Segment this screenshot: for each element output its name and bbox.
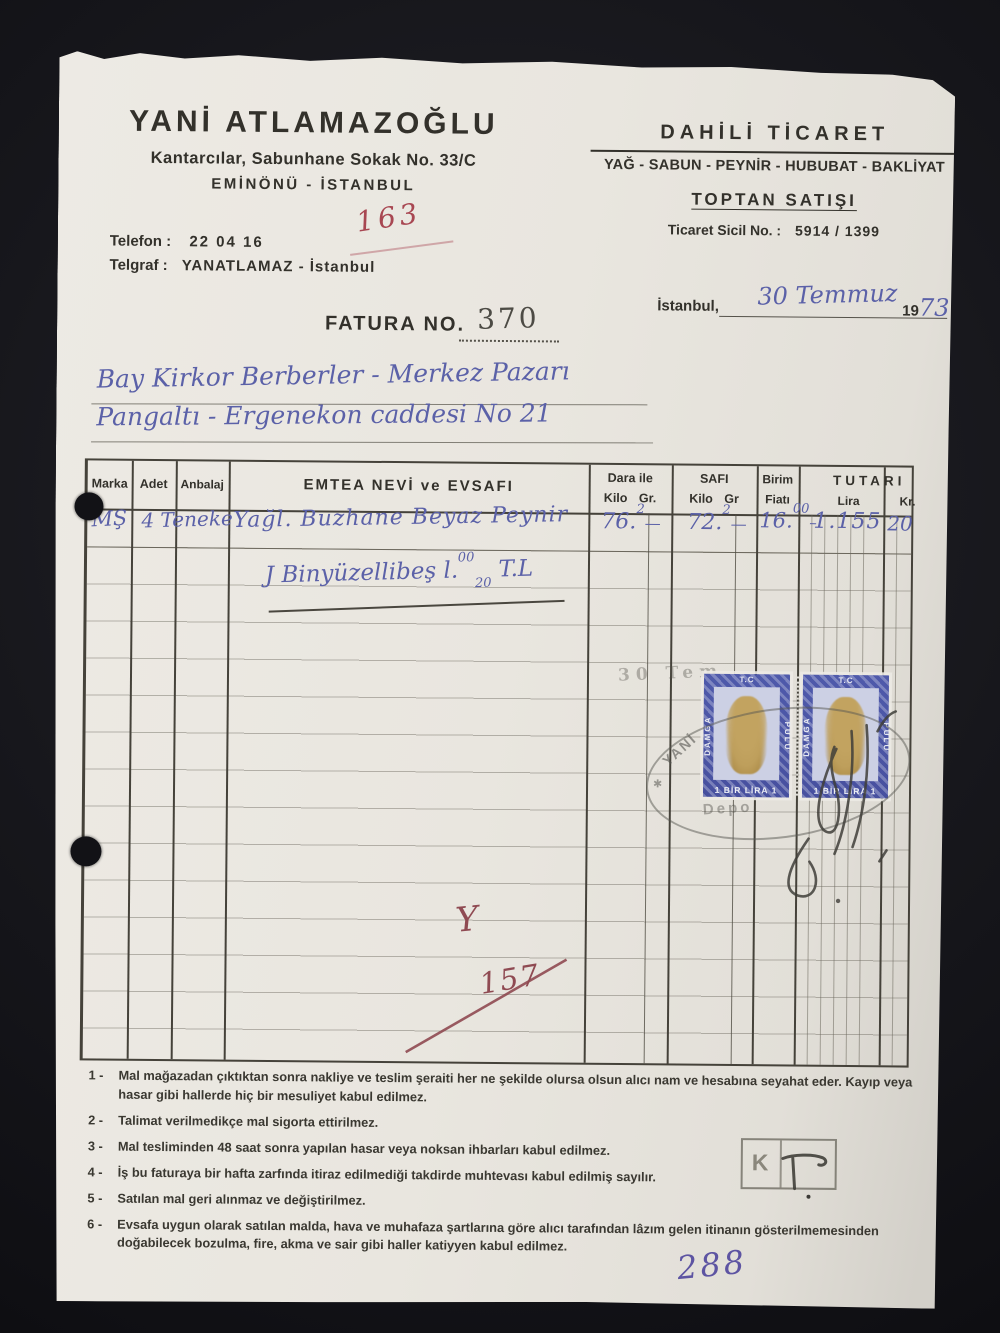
row-tutari-lira: 1.155 <box>813 509 881 535</box>
seller-address-line1: Kantarcılar, Sabunhane Sokak No. 33/C <box>103 149 523 172</box>
fatura-no-value: 370 <box>477 301 540 336</box>
header-safi-line2: Kilo Gr <box>672 491 757 506</box>
oval-stamp-bottom-text: Depo <box>702 798 752 818</box>
row-adet-anbalaj: 4 Teneke <box>141 506 233 532</box>
term-number: 5 - <box>87 1189 117 1208</box>
handwritten-163-underline <box>350 240 453 256</box>
header-dara-line1: Dara ile <box>589 471 672 486</box>
hole-punch-top <box>74 492 103 520</box>
photo-scene: YANİ ATLAMAZOĞLU Kantarcılar, Sabunhane … <box>0 0 1000 1333</box>
row-dara-main: 76. <box>601 509 636 534</box>
date-city: İstanbul, <box>657 297 719 315</box>
term-text: Talimat verilmedikçe mal sigorta ettiril… <box>118 1111 930 1137</box>
handwritten-number-288: 288 <box>675 1243 748 1288</box>
invoice-paper: YANİ ATLAMAZOĞLU Kantarcılar, Sabunhane … <box>49 46 956 1309</box>
header-tutari-kr: Kr. <box>887 494 927 508</box>
hole-punch-bottom <box>70 836 101 866</box>
term-number: 2 - <box>88 1111 118 1130</box>
telefon-label: Telefon : <box>110 233 172 251</box>
row-safi-sup: 2 <box>722 503 730 518</box>
amount-words-sub: 20 <box>475 575 492 590</box>
header-tutari: TUTARI <box>799 473 940 489</box>
amount-words-sup: 00 <box>458 550 475 565</box>
trade-title: DAHİLİ TİCARET <box>591 121 959 147</box>
date-handwritten: 30 Temmuz <box>757 279 898 311</box>
sicil-label: Ticaret Sicil No. : <box>668 221 781 238</box>
seller-name: YANİ ATLAMAZOĞLU <box>104 105 524 143</box>
customer-rule2 <box>91 441 653 443</box>
row-tutari-kr: 20 <box>887 511 913 535</box>
header-emtea: EMTEA NEVİ ve EVSAFI <box>229 476 589 496</box>
term-item-6: 6 - Evsafa uygun olarak satılan malda, h… <box>87 1215 929 1259</box>
header-anbalaj: Anbalaj <box>176 477 229 491</box>
fatura-label: FATURA NO. <box>325 312 465 336</box>
customer-line2: Pangaltı - Ergenekon caddesi No 21 <box>96 398 552 431</box>
header-birim-line1: Birim <box>757 472 799 486</box>
stamp1-tc-label: T.C <box>704 675 790 685</box>
trade-title-rule <box>591 150 959 155</box>
seller-address-line2: EMİNÖNÜ - İSTANBUL <box>103 175 523 196</box>
row-dara-tail: — <box>645 514 661 533</box>
fatura-no-underline <box>459 340 559 343</box>
ink-dot <box>806 1195 810 1199</box>
trade-categories: YAĞ - SABUN - PEYNİR - HUBUBAT - BAKLİYA… <box>580 157 968 176</box>
term-text: Mal mağazadan çıktıktan sonra nakliye ve… <box>118 1067 930 1111</box>
row-safi: 72.2— <box>687 510 747 536</box>
row-birim: 16.00– <box>759 508 817 533</box>
header-adet: Adet <box>132 477 176 491</box>
oval-stamp-star: ✱ <box>653 777 662 790</box>
row-birim-sup: 00 <box>793 502 810 517</box>
header-marka: Marka <box>88 476 132 490</box>
k-box-pen-mark <box>778 1144 836 1197</box>
red-mark-y: Y <box>454 899 480 941</box>
telgraf-value: YANATLAMAZ - İstanbul <box>182 257 376 276</box>
date-year-hand: 73 <box>919 294 950 322</box>
k-box-letter: K <box>752 1149 769 1176</box>
customer-line1: Bay Kirkor Berberler - Merkez Pazarı <box>96 356 569 393</box>
sicil-value: 5914 / 1399 <box>795 223 880 240</box>
amount-words-main: J Binyüzellibeş l. <box>265 558 459 589</box>
telgraf-label: Telgraf : <box>110 257 168 275</box>
k-stamp-box: K <box>741 1138 837 1190</box>
header-tutari-lira: Lira <box>823 494 873 508</box>
term-number: 4 - <box>88 1163 118 1182</box>
header-safi-line1: SAFI <box>672 471 757 486</box>
handwritten-number-163: 163 <box>354 196 424 238</box>
row-birim-main: 16. <box>759 508 793 532</box>
term-item-1: 1 - Mal mağazadan çıktıktan sonra nakliy… <box>88 1066 930 1110</box>
row-dara-sup: 2 <box>636 502 644 517</box>
telefon-value: 22 04 16 <box>189 233 264 251</box>
date-year-printed: 19 <box>902 302 919 319</box>
header-dara-line2: Kilo Gr. <box>589 491 672 506</box>
amount-words-tail: T.L <box>498 556 533 583</box>
stamp2-tc-label: T.C <box>803 676 889 686</box>
term-number: 1 - <box>88 1066 118 1103</box>
trade-subtitle: TOPTAN SATIŞI <box>590 189 958 212</box>
term-number: 3 - <box>88 1137 118 1156</box>
term-item-2: 2 - Talimat verilmedikçe mal sigorta ett… <box>88 1111 930 1137</box>
signature-ink <box>764 688 906 924</box>
row-safi-main: 72. <box>687 510 722 535</box>
term-number: 6 - <box>87 1215 117 1252</box>
term-text: Evsafa uygun olarak satılan malda, hava … <box>117 1215 929 1259</box>
row-dara: 76.2— <box>601 509 661 535</box>
row-safi-tail: — <box>731 514 747 533</box>
